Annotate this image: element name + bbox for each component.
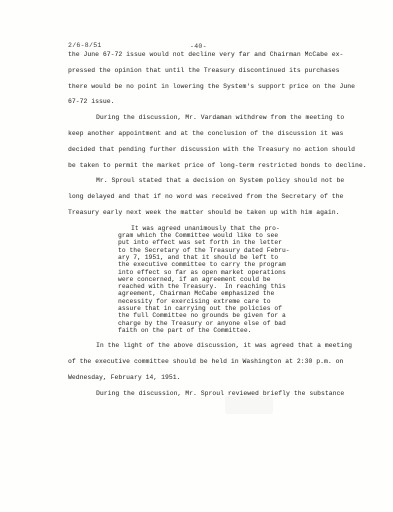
text-line: keep another appointment and at the conc… bbox=[68, 126, 383, 142]
text-line: charge by the Treasury or anyone else of… bbox=[118, 320, 383, 327]
text-line: long delayed and that if no word was rec… bbox=[68, 189, 383, 205]
document-page: 2/6-8/51 -40- the June 67-72 issue would… bbox=[0, 0, 393, 512]
text-line: necessity for exercising extreme care to bbox=[118, 298, 383, 305]
text-line: the June 67-72 issue would not decline v… bbox=[68, 47, 383, 63]
text-line: were concerned, if an agreement could be bbox=[118, 276, 383, 283]
text-line: assure that in carrying out the policies… bbox=[118, 305, 383, 312]
text-line: be taken to permit the market price of l… bbox=[68, 158, 383, 174]
text-line: into effect so far as open market operat… bbox=[118, 269, 383, 276]
text-line: gram which the Committee would like to s… bbox=[118, 232, 383, 239]
text-line: It was agreed unanimously that the pro- bbox=[118, 225, 383, 232]
text-line: the full Committee no grounds be given f… bbox=[118, 312, 383, 319]
scan-smudge bbox=[225, 396, 273, 414]
text-line: ary 7, 1951, and that it should be left … bbox=[118, 254, 383, 261]
paragraph-continuation: the June 67-72 issue would not decline v… bbox=[68, 47, 383, 110]
text-line: decided that pending further discussion … bbox=[68, 142, 383, 158]
text-line: During the discussion, Mr. Vardaman with… bbox=[68, 110, 383, 126]
paragraph-executive-meeting: In the light of the above discussion, it… bbox=[68, 338, 383, 385]
text-line: to the Secretary of the Treasury dated F… bbox=[118, 247, 383, 254]
text-line: there would be no point in lowering the … bbox=[68, 79, 383, 95]
text-line: agreement, Chairman McCabe emphasized th… bbox=[118, 290, 383, 297]
text-line: 67-72 issue. bbox=[68, 94, 383, 110]
text-line: put into effect was set forth in the let… bbox=[118, 239, 383, 246]
text-line: the executive committee to carry the pro… bbox=[118, 261, 383, 268]
text-line: reached with the Treasury. In reaching t… bbox=[118, 283, 383, 290]
text-line: Treasury early next week the matter shou… bbox=[68, 205, 383, 221]
document-body: the June 67-72 issue would not decline v… bbox=[68, 47, 383, 401]
text-line: pressed the opinion that until the Treas… bbox=[68, 63, 383, 79]
text-line: In the light of the above discussion, it… bbox=[68, 338, 383, 354]
text-line: Wednesday, February 14, 1951. bbox=[68, 370, 383, 386]
text-line: faith on the part of the Committee. bbox=[118, 327, 383, 334]
block-quote-agreement: It was agreed unanimously that the pro-g… bbox=[118, 225, 383, 334]
text-line: of the executive committee should be hel… bbox=[68, 354, 383, 370]
paragraph-sproul-decision: Mr. Sproul stated that a decision on Sys… bbox=[68, 173, 383, 220]
text-line: Mr. Sproul stated that a decision on Sys… bbox=[68, 173, 383, 189]
paragraph-vardaman-withdrew: During the discussion, Mr. Vardaman with… bbox=[68, 110, 383, 173]
